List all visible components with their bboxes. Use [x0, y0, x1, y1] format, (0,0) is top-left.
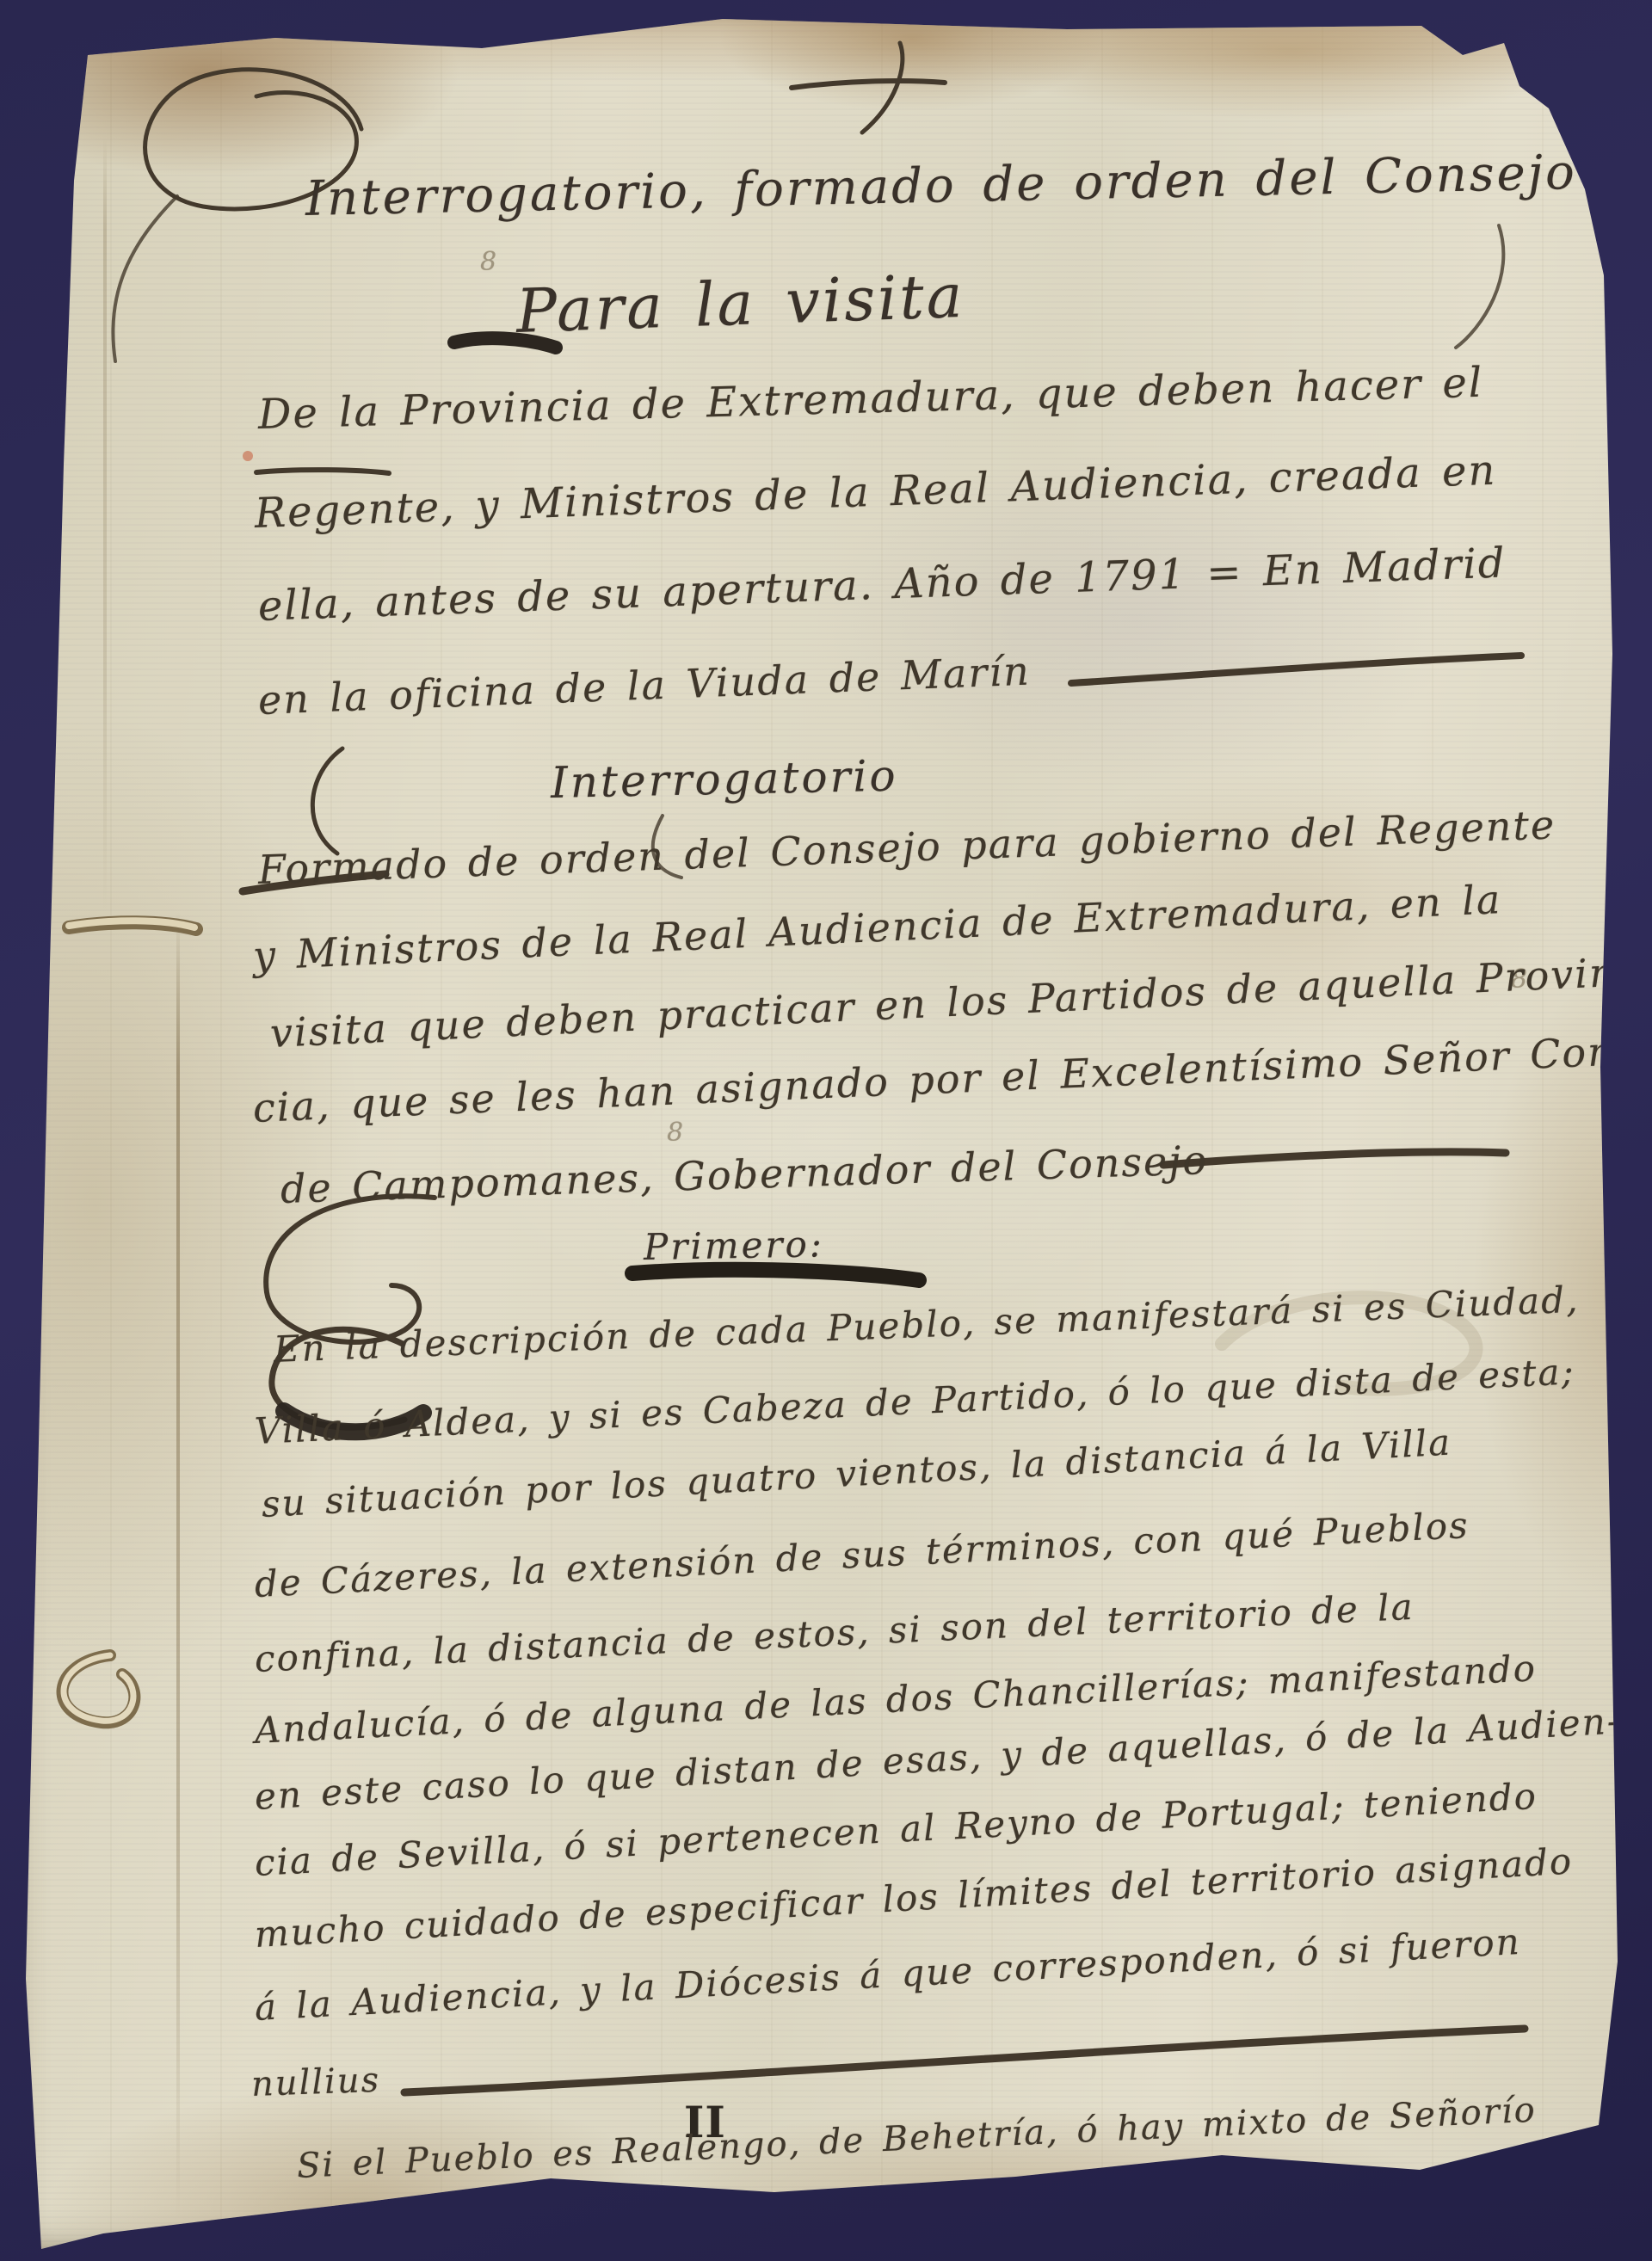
- subtitle-line: Para la visita: [515, 262, 966, 347]
- question-1-heading: Primero:: [644, 1223, 825, 1268]
- intro-line: Regente, y Ministros de la Real Audienci…: [254, 447, 1497, 539]
- binding-thread-loop: [64, 1655, 133, 1721]
- binding-crease: [176, 912, 180, 2220]
- manuscript-page: Interrogatorio, formado de orden del Con…: [0, 0, 1652, 2261]
- question-2-line: Si el Pueblo es Realengo, de Behetría, ó…: [296, 2091, 1538, 2186]
- title-line: Interrogatorio, formado de orden del Con…: [305, 145, 1577, 227]
- intro-line: ella, antes de su apertura. Año de 1791 …: [257, 539, 1507, 631]
- primero-underline-stroke: [632, 1270, 919, 1280]
- intro-line: De la Provincia de Extremadura, que debe…: [257, 360, 1483, 439]
- page-edge-crease: [103, 138, 107, 912]
- scanned-manuscript-view: Interrogatorio, formado de orden del Con…: [0, 0, 1652, 2261]
- flourish-oval-tail: [113, 196, 177, 361]
- red-ink-fleck: [243, 451, 253, 461]
- stray-ink-mark: 8: [667, 1118, 685, 1149]
- preamble-line: de Campomanes, Gobernador del Consejo: [280, 1137, 1209, 1212]
- nullius-line: nullius: [250, 2061, 381, 2104]
- section-heading: Interrogatorio: [550, 752, 898, 809]
- consejo-dash-stroke: [1163, 1152, 1506, 1165]
- preamble-line: Formado de orden del Consejo para gobier…: [257, 802, 1556, 893]
- section-heading-flourish: [312, 749, 342, 853]
- invocation-cross-icon: [862, 43, 903, 132]
- question-1-line: En la descripción de cada Pueblo, se man…: [273, 1279, 1580, 1371]
- binding-thread-loop: [63, 1655, 135, 1722]
- invocation-cross-icon: [792, 81, 945, 88]
- title-descender-flourish: [1456, 225, 1503, 348]
- dela-underline-stroke: [256, 470, 389, 473]
- nullius-dash-stroke: [404, 2029, 1525, 2092]
- primero-margin-flourish: [266, 1196, 435, 1342]
- stray-ink-mark: 8: [480, 248, 498, 278]
- marin-dash-stroke: [1071, 656, 1521, 683]
- intro-line: en la oficina de la Viuda de Marín: [257, 649, 1032, 724]
